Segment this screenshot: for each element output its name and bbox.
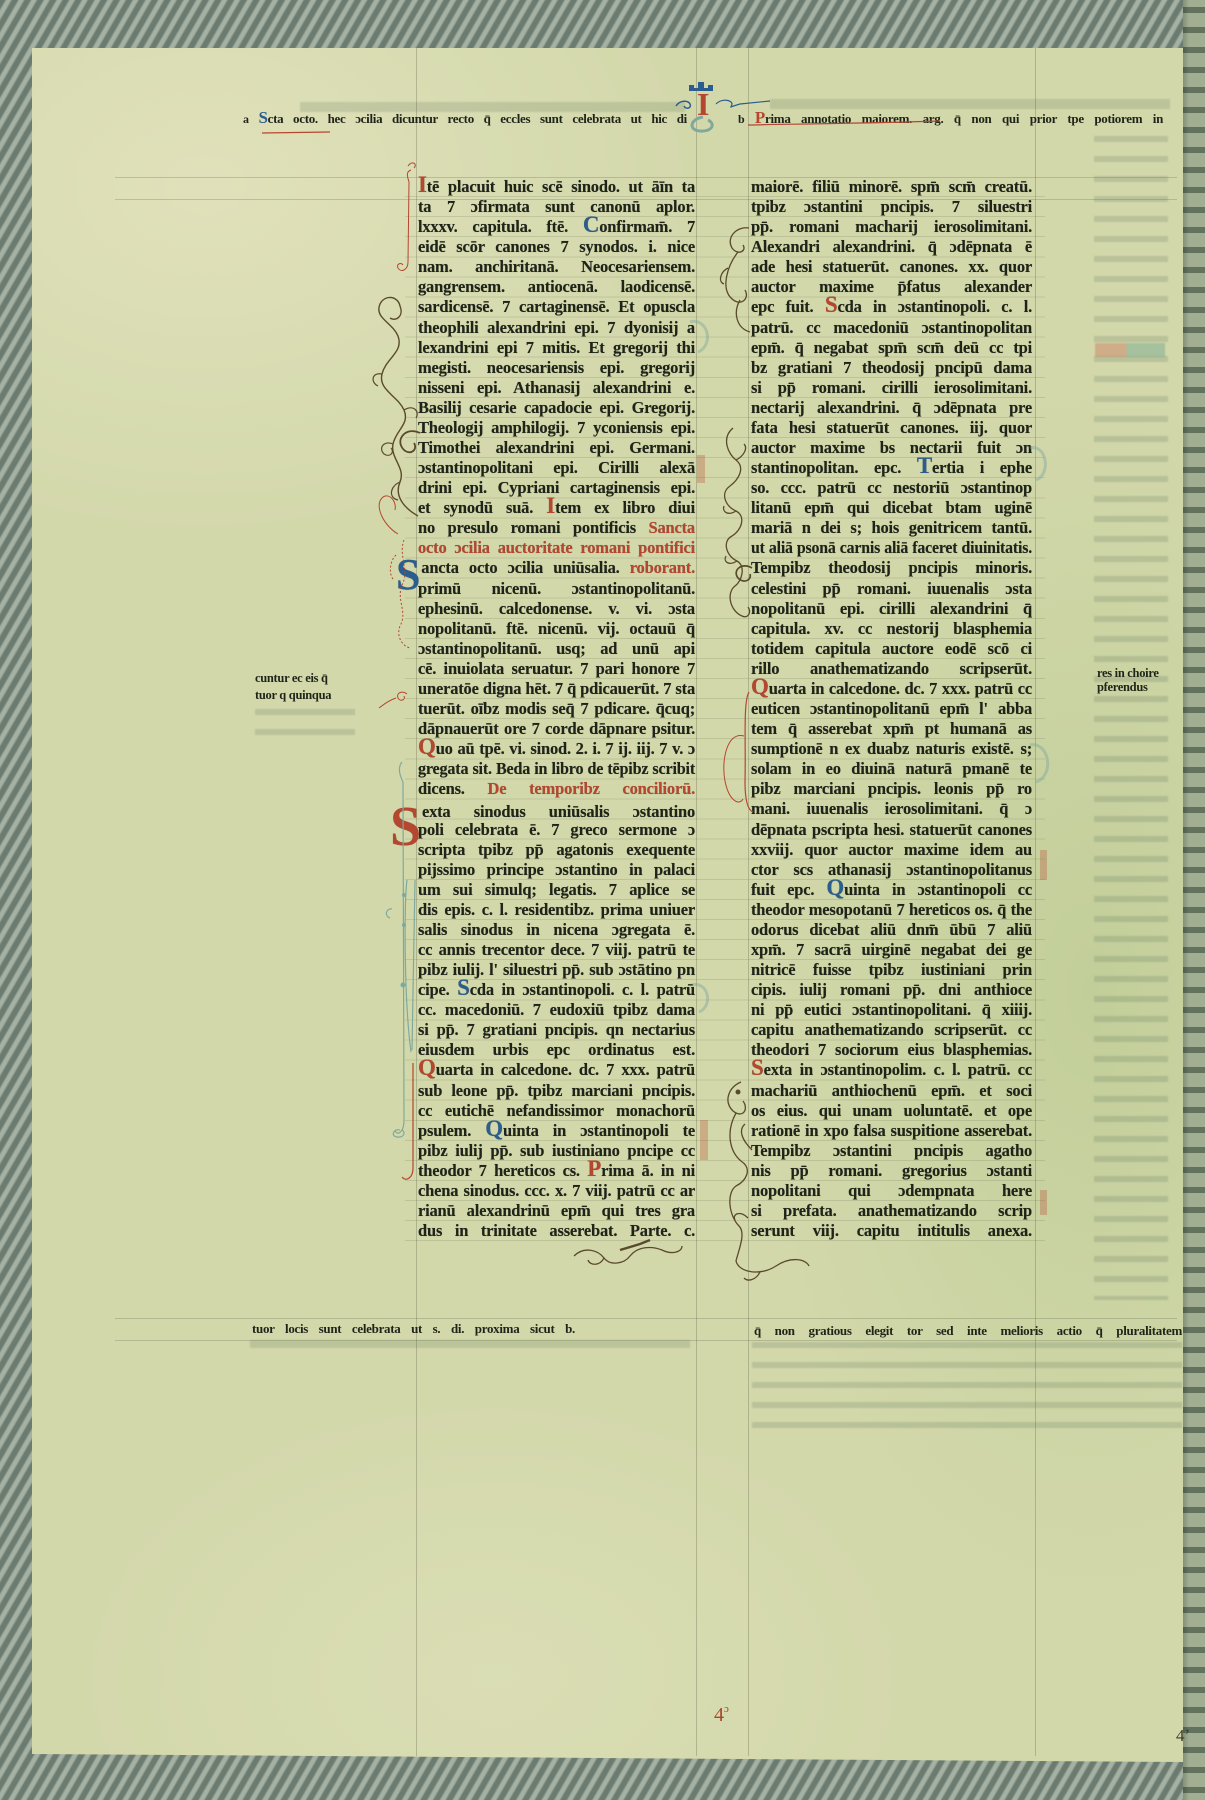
- text-line: eiusdem urbis epc ordinatus est.: [418, 1040, 695, 1060]
- text-run: totidem capitula auctore eodē scō ci: [751, 639, 1032, 658]
- text-run: xxviij. quor auctor maxime idem au: [751, 840, 1032, 859]
- text-run: ertia i ephe: [932, 458, 1032, 477]
- text-line: Timothei alexandrini epi. Germani.: [418, 438, 695, 458]
- text-run: primū nicenū. ɔstantinopolitanū.: [418, 579, 695, 598]
- text-line: capitula. xv. cc nestorij blasphemia: [751, 619, 1032, 639]
- text-line: euticen ɔstantinopolitanū epm̄ l' abba: [751, 699, 1032, 719]
- text-line: serunt viij. capitu intitulis anexa.: [751, 1221, 1032, 1241]
- text-run: chena sinodus. ccc. x. 7 viij. patrū cc …: [418, 1181, 695, 1200]
- text-run: epm̄. q̄ negabat spm̄ scm̄ deū cc tpi: [751, 338, 1032, 357]
- text-line: patrū. cc macedoniū ɔstantinopolitan: [751, 318, 1032, 338]
- text-line: dicens. De temporibz conciliorū.: [418, 779, 695, 799]
- text-line: drini epi. Cypriani cartaginensis epi.: [418, 478, 695, 498]
- text-run: dēpnata pscripta hesi. statuerūt canones: [751, 820, 1032, 839]
- text-run: onfirmam̄. 7: [599, 217, 695, 236]
- text-line: capitu anathematizando scripserūt. cc: [751, 1020, 1032, 1040]
- text-run: ni pp̄ eutici ɔstantinopolitani. q̄ xiii…: [751, 1000, 1032, 1019]
- text-line: megisti. neocesariensis epi. gregorij: [418, 358, 695, 378]
- text-line: litanū epm̄ qui dicebat btam uginē: [751, 498, 1032, 518]
- footer-gloss-left: tuor locis sunt celebrata ut s. di. prox…: [252, 1321, 575, 1337]
- text-run: no presulo romani pontificis: [418, 518, 649, 537]
- text-line: pp̄. romani macharij ierosolimitani.: [751, 217, 1032, 237]
- text-line: auctor maxime bs nectarii fuit ɔn: [751, 438, 1032, 458]
- text-run: lexandrini epi 7 mitis. Et gregorij thi: [418, 338, 695, 357]
- text-run: theodor mesopotanū 7 hereticos os. q̄ th…: [751, 900, 1032, 919]
- text-line: Alexandri alexandrini. q̄ ɔdēpnata ē: [751, 237, 1032, 257]
- text-run: maiorē. filiū minorē. spm̄ scm̄ creatū.: [751, 177, 1032, 196]
- show-through-text: [1094, 130, 1168, 1300]
- show-through-text: [752, 1336, 1182, 1436]
- text-run: cda in ɔstantinopoli. c. l.: [837, 297, 1032, 316]
- gloss-line: tuor q quinqua: [255, 687, 331, 704]
- marginal-gloss-right: res in choire pferendus: [1097, 666, 1159, 694]
- text-line: Tempibz ɔstantini pncipis agatho: [751, 1141, 1032, 1161]
- text-run: Tempibz theodosij pncipis minoris.: [751, 558, 1032, 577]
- text-line: xpm̄. 7 sacrā uirginē negabat dei ge: [751, 940, 1032, 960]
- text-run: serunt viij. capitu intitulis anexa.: [751, 1221, 1032, 1240]
- text-line: solam in eo diuinā naturā pmanē te: [751, 759, 1032, 779]
- text-line: theophili alexandrini epi. 7 dyonisij a: [418, 318, 695, 338]
- text-run: uarta in calcedone. dc. 7 xxx. patrū cc: [769, 679, 1032, 698]
- text-line: cc eutichē nefandissimor monachorū: [418, 1101, 695, 1121]
- text-run: exta in ɔstantinopolim. c. l. patrū. cc: [764, 1060, 1032, 1079]
- text-run: cc. macedoniū. 7 eudoxiū tpibz dama: [418, 1000, 695, 1019]
- text-line: cipis. iulij romani pp̄. dni anthioce: [751, 980, 1032, 1000]
- text-run: sumptionē n ex duabz naturis existē. s;: [751, 739, 1032, 758]
- text-line: pibz marciani pncipis. leonis pp̄ ro: [751, 779, 1032, 799]
- adjacent-leaf-gutter: [1183, 0, 1205, 1800]
- text-run: sardicensē. 7 cartaginensē. Et opuscla: [418, 297, 695, 316]
- text-line: cc. macedoniū. 7 eudoxiū tpibz dama: [418, 1000, 695, 1020]
- text-run: cda in ɔstantinopoli. c. l. patrū: [470, 980, 695, 999]
- text-line: odorus dicebat aliū dnm̄ ūbū 7 aliū: [751, 920, 1032, 940]
- text-line: rianū alexandrinū epm̄ qui tres gra: [418, 1201, 695, 1221]
- text-run: Tempibz ɔstantini pncipis agatho: [751, 1141, 1032, 1160]
- text-run: uinta in ɔstantinopoli te: [503, 1121, 695, 1140]
- text-run: psulem.: [418, 1121, 485, 1140]
- text-run: tem ex libro diui: [555, 498, 695, 517]
- text-run: theophili alexandrini epi. 7 dyonisij a: [418, 318, 695, 337]
- text-run: fata hesi statuerūt canones. iij. quor: [751, 418, 1032, 437]
- text-line: tuerūt. oībz modis seq̄ 7 pdicare. q̄cuq…: [418, 699, 695, 719]
- text-run: tuerūt. oībz modis seq̄ 7 pdicare. q̄cuq…: [418, 699, 695, 718]
- text-run: sub leone pp̄. tpibz marciani pncipis.: [418, 1081, 695, 1100]
- text-run: tem q̄ asserebat xpm̄ pt humanā as: [751, 719, 1032, 738]
- text-run: odorus dicebat aliū dnm̄ ūbū 7 aliū: [751, 920, 1032, 939]
- page-number: 4ɔ: [714, 1698, 729, 1726]
- text-line: nopolitani qui ɔdempnata here: [751, 1181, 1032, 1201]
- text-line: um sui simulq; legatis. 7 aplice se: [418, 880, 695, 900]
- text-run: auctor maxime p̄fatus alexander: [751, 277, 1032, 296]
- text-line: poli celebrata ē. 7 greco sermone ɔ: [418, 820, 695, 840]
- text-run: dus in trinitate asserebat. Parte. c.: [418, 1221, 695, 1240]
- text-run: nam. anchiritanā. Neocesariensem.: [418, 257, 695, 276]
- gloss-line: pferendus: [1097, 680, 1159, 694]
- text-run: bz gratiani 7 theodosij pncipū dama: [751, 358, 1032, 377]
- text-line: celestini pp̄ romani. iuuenalis ɔsta: [751, 579, 1032, 599]
- text-line: epm̄. q̄ negabat spm̄ scm̄ deū cc tpi: [751, 338, 1032, 358]
- text-line: lxxxv. capitula. ftē. Confirmam̄. 7: [418, 217, 695, 237]
- text-run: patrū. cc macedoniū ɔstantinopolitan: [751, 318, 1032, 337]
- text-line: octo ɔcilia auctoritate romani pontifici: [418, 538, 695, 558]
- text-run: si pp̄ romani. cirilli ierosolimitani.: [751, 378, 1032, 397]
- text-line: theodor 7 hereticos cs. Prima ā. in ni: [418, 1161, 695, 1181]
- text-run: os eius. qui unam uoluntatē. et ope: [751, 1101, 1032, 1120]
- text-column-left: Itē placuit huic scē sinodo. ut āīn tata…: [418, 177, 695, 1241]
- text-run: gregata sit. Beda in libro de tēpibz scr…: [418, 759, 695, 778]
- text-line: ta 7 ɔfirmata sunt canonū aplor.: [418, 197, 695, 217]
- running-header-left: a Scta octo. hec ɔcilia dicuntur recto q…: [243, 110, 687, 126]
- text-line: machariū anthiochenū epm̄. et soci: [751, 1081, 1032, 1101]
- text-run: xpm̄. 7 sacrā uirginē negabat dei ge: [751, 940, 1032, 959]
- text-line: nopolitanū epi. cirilli alexandrini q̄: [751, 599, 1032, 619]
- text-line: ade hesi statuerūt. canones. xx. quor: [751, 257, 1032, 277]
- gloss-line: cuntur ec eis q̄: [255, 670, 331, 687]
- header-text: cta octo. hec ɔcilia dicuntur recto q̄ e…: [268, 111, 687, 126]
- text-line: os eius. qui unam uoluntatē. et ope: [751, 1101, 1032, 1121]
- text-run: so. ccc. patrū cc nestoriū ɔstantinop: [751, 478, 1032, 497]
- text-line: fuit epc. Quinta in ɔstantinopoli cc: [751, 880, 1032, 900]
- text-line: xxviij. quor auctor maxime idem au: [751, 840, 1032, 860]
- text-run: dis epis. c. l. residentibz. prima uniue…: [418, 900, 695, 919]
- text-run: epc fuit.: [751, 297, 825, 316]
- text-line: bz gratiani 7 theodosij pncipū dama: [751, 358, 1032, 378]
- text-line: theodori 7 sociorum eius blasphemias.: [751, 1040, 1032, 1060]
- text-run: uneratōe digna hēt. 7 q̄ pdicauerūt. 7 s…: [418, 679, 695, 698]
- text-run: nopolitani qui ɔdempnata here: [751, 1181, 1032, 1200]
- text-line: nectarij alexandrini. q̄ ɔdēpnata pre: [751, 398, 1032, 418]
- text-line: gregata sit. Beda in libro de tēpibz scr…: [418, 759, 695, 779]
- text-run: Alexandri alexandrini. q̄ ɔdēpnata ē: [751, 237, 1032, 256]
- text-line: Quo aū tpē. vi. sinod. 2. i. 7 ij. iij. …: [418, 739, 695, 759]
- text-run: fuit epc.: [751, 880, 826, 899]
- text-run: uo aū tpē. vi. sinod. 2. i. 7 ij. iij. 7…: [436, 739, 695, 758]
- show-through-rubric: [1095, 343, 1165, 357]
- text-run: uarta in calcedone. dc. 7 xxx. patrū: [436, 1060, 695, 1079]
- text-line: sumptionē n ex duabz naturis existē. s;: [751, 739, 1032, 759]
- text-line: cē. inuiolata seruatur. 7 pari honore 7: [418, 659, 695, 679]
- text-line: sardicensē. 7 cartaginensē. Et opuscla: [418, 297, 695, 317]
- text-run: capitu anathematizando scripserūt. cc: [751, 1020, 1032, 1039]
- decorated-initial: P: [755, 108, 765, 127]
- text-line: mani. iuuenalis ierosolimitani. q̄ ɔ: [751, 799, 1032, 819]
- text-run: nisseni epi. Athanasij alexandrini e.: [418, 378, 695, 397]
- text-line: nopolitanū. ftē. nicenū. vij. octauū q̄: [418, 619, 695, 639]
- text-line: dis epis. c. l. residentibz. prima uniue…: [418, 900, 695, 920]
- text-line: tem q̄ asserebat xpm̄ pt humanā as: [751, 719, 1032, 739]
- text-run: ɔstantinopolitanū. usq; ad unū api: [418, 639, 695, 658]
- text-run: rillo anathematizando scripserūt.: [751, 659, 1032, 678]
- show-through-text: [250, 1340, 690, 1348]
- text-line: salis sinodus in nicena ɔgregata ē.: [418, 920, 695, 940]
- text-run: ctor scs athanasij ɔstantinopolitanus: [751, 860, 1032, 879]
- text-line: ni pp̄ eutici ɔstantinopolitani. q̄ xiii…: [751, 1000, 1032, 1020]
- text-line: et synodū suā. Item ex libro diui: [418, 498, 695, 518]
- text-run: pijssimo principe ɔstantino in palaci: [418, 860, 695, 879]
- text-line: Theologij amphilogij. 7 yconiensis epi.: [418, 418, 695, 438]
- decorated-initial: S: [258, 108, 267, 127]
- text-run: si prefata. anathematizando scrip: [751, 1201, 1032, 1220]
- marginal-gloss-left: cuntur ec eis q̄ tuor q quinqua: [255, 670, 331, 704]
- page-number-digit: 4: [714, 1704, 724, 1726]
- text-line: dēpnata pscripta hesi. statuerūt canones: [751, 820, 1032, 840]
- text-line: pibz iulij pp̄. sub iustiniano pncipe cc: [418, 1141, 695, 1161]
- text-run: et synodū suā.: [418, 498, 546, 517]
- text-run: pp̄. romani macharij ierosolimitani.: [751, 217, 1032, 236]
- text-line: nis pp̄ romani. gregorius ɔstanti: [751, 1161, 1032, 1181]
- text-line: ephesinū. calcedonense. v. vi. ɔsta: [418, 599, 695, 619]
- text-line: scripta tpibz pp̄ agatonis exequente: [418, 840, 695, 860]
- footer-gloss-right: q̄ non gratious elegit tor sed inte meli…: [754, 1323, 1182, 1339]
- text-run: theodori 7 sociorum eius blasphemias.: [751, 1040, 1032, 1059]
- text-line: stantinopolitan. epc. Tertia i ephe: [751, 458, 1032, 478]
- text-line: dāpnauerūt ore 7 corde dāpnare psitur.: [418, 719, 695, 739]
- text-line: ut aliā psonā carnis aliā faceret diuini…: [751, 538, 1032, 558]
- rubric-text: Sancta: [649, 518, 695, 537]
- text-run: cc annis trecentor dece. 7 viij. patrū t…: [418, 940, 695, 959]
- text-line: so. ccc. patrū cc nestoriū ɔstantinop: [751, 478, 1032, 498]
- text-line: rationē in xpo falsa suspitione assereba…: [751, 1121, 1032, 1141]
- text-run: nopolitanū epi. cirilli alexandrini q̄: [751, 599, 1032, 618]
- text-run: cē. inuiolata seruatur. 7 pari honore 7: [418, 659, 695, 678]
- text-run: scripta tpibz pp̄ agatonis exequente: [418, 840, 695, 859]
- foliation-mark: 4ʼ: [1176, 1726, 1190, 1746]
- text-run: ɔstantinopolitani epi. Cirilli alexā: [418, 458, 695, 477]
- text-line: mariā n dei s; hois genitricem tantū.: [751, 518, 1032, 538]
- text-run: ephesinū. calcedonense. v. vi. ɔsta: [418, 599, 695, 618]
- text-run: mani. iuuenalis ierosolimitani. q̄ ɔ: [751, 799, 1032, 818]
- text-line: si pp̄ romani. cirilli ierosolimitani.: [751, 378, 1032, 398]
- text-run: auctor maxime bs nectarii fuit ɔn: [751, 438, 1032, 457]
- text-run: um sui simulq; legatis. 7 aplice se: [418, 880, 695, 899]
- text-run: si pp̄. 7 gratiani pncipis. qn nectarius: [418, 1020, 695, 1039]
- gloss-line: res in choire: [1097, 666, 1159, 680]
- text-run: stantinopolitan. epc.: [751, 458, 917, 477]
- text-line: dus in trinitate asserebat. Parte. c.: [418, 1221, 695, 1241]
- text-line: cipe. Scda in ɔstantinopoli. c. l. patrū: [418, 980, 695, 1000]
- text-line: no presulo romani pontificis Sancta: [418, 518, 695, 538]
- text-run: ade hesi statuerūt. canones. xx. quor: [751, 257, 1032, 276]
- text-run: ut aliā psonā carnis aliā faceret diuini…: [751, 538, 1032, 557]
- text-line: ɔstantinopolitani epi. Cirilli alexā: [418, 458, 695, 478]
- text-run: poli celebrata ē. 7 greco sermone ɔ: [418, 820, 695, 839]
- rubric-text: De temporibz conciliorū.: [488, 779, 696, 798]
- text-run: eiusdem urbis epc ordinatus est.: [418, 1040, 695, 1059]
- rubric-text: octo ɔcilia auctoritate romani pontifici: [418, 538, 695, 557]
- text-run: capitula. xv. cc nestorij blasphemia: [751, 619, 1032, 638]
- text-line: uneratōe digna hēt. 7 q̄ pdicauerūt. 7 s…: [418, 679, 695, 699]
- text-run: ta 7 ɔfirmata sunt canonū aplor.: [418, 197, 695, 216]
- text-line: si pp̄. 7 gratiani pncipis. qn nectarius: [418, 1020, 695, 1040]
- text-run: nitricē fuisse tpibz iustiniani prin: [751, 960, 1032, 979]
- text-line: pijssimo principe ɔstantino in palaci: [418, 860, 695, 880]
- text-run: pibz iulij pp̄. sub iustiniano pncipe cc: [418, 1141, 695, 1160]
- text-line: nitricē fuisse tpibz iustiniani prin: [751, 960, 1032, 980]
- text-line: Quarta in calcedone. dc. 7 xxx. patrū: [418, 1060, 695, 1080]
- text-line: ɔstantinopolitanū. usq; ad unū api: [418, 639, 695, 659]
- text-run: rationē in xpo falsa suspitione assereba…: [751, 1121, 1032, 1140]
- text-run: Basilij cesarie capadocie epi. Gregorij.: [418, 398, 695, 417]
- text-column-right: maiorē. filiū minorē. spm̄ scm̄ creatū.t…: [751, 177, 1032, 1241]
- text-line: chena sinodus. ccc. x. 7 viij. patrū cc …: [418, 1181, 695, 1201]
- text-run: nis pp̄ romani. gregorius ɔstanti: [751, 1161, 1032, 1180]
- text-line: si prefata. anathematizando scrip: [751, 1201, 1032, 1221]
- text-line: tpibz ɔstantini pncipis. 7 siluestri: [751, 197, 1032, 217]
- ruling-line: [115, 1318, 1177, 1319]
- text-line: Basilij cesarie capadocie epi. Gregorij.: [418, 398, 695, 418]
- text-run: tē placuit huic scē sinodo. ut āīn ta: [427, 177, 695, 196]
- text-line: eidē scōr canones 7 synodos. i. nice: [418, 237, 695, 257]
- text-run: cipe.: [418, 980, 457, 999]
- text-line: Sancta octo ɔcilia uniūsalia. roborant.: [418, 558, 695, 578]
- text-run: litanū epm̄ qui dicebat btam uginē: [751, 498, 1032, 517]
- text-line: Itē placuit huic scē sinodo. ut āīn ta: [418, 177, 695, 197]
- text-run: dāpnauerūt ore 7 corde dāpnare psitur.: [418, 719, 695, 738]
- text-run: tpibz ɔstantini pncipis. 7 siluestri: [751, 197, 1032, 216]
- text-run: Theologij amphilogij. 7 yconiensis epi.: [418, 418, 695, 437]
- page-number-mark: ɔ: [724, 1703, 729, 1715]
- text-run: theodor 7 hereticos cs.: [418, 1161, 587, 1180]
- text-run: cc eutichē nefandissimor monachorū: [418, 1101, 695, 1120]
- text-run: salis sinodus in nicena ɔgregata ē.: [418, 920, 695, 939]
- text-run: lxxxv. capitula. ftē.: [418, 217, 583, 236]
- text-run: rima ā. in ni: [601, 1161, 695, 1180]
- text-run: drini epi. Cypriani cartaginensis epi.: [418, 478, 695, 497]
- text-run: cipis. iulij romani pp̄. dni anthioce: [751, 980, 1032, 999]
- running-header-right: b Prima annotatio maiorem. arg. q̄ non q…: [738, 110, 1163, 126]
- text-run: dicens.: [418, 779, 488, 798]
- rubric-text: roborant.: [630, 558, 695, 577]
- crowned-initial: I: [697, 88, 709, 120]
- text-line: lexandrini epi 7 mitis. Et gregorij thi: [418, 338, 695, 358]
- text-run: uinta in ɔstantinopoli cc: [844, 880, 1032, 899]
- text-line: theodor mesopotanū 7 hereticos os. q̄ th…: [751, 900, 1032, 920]
- text-run: nectarij alexandrini. q̄ ɔdēpnata pre: [751, 398, 1032, 417]
- text-run: pibz marciani pncipis. leonis pp̄ ro: [751, 779, 1032, 798]
- text-line: nisseni epi. Athanasij alexandrini e.: [418, 378, 695, 398]
- text-line: sub leone pp̄. tpibz marciani pncipis.: [418, 1081, 695, 1101]
- header-text: rima annotatio maiorem. arg. q̄ non qui …: [765, 111, 1163, 126]
- text-run: celestini pp̄ romani. iuuenalis ɔsta: [751, 579, 1032, 598]
- gloss-marker: a: [243, 112, 249, 126]
- text-run: solam in eo diuinā naturā pmanē te: [751, 759, 1032, 778]
- text-run: gangrensem. antiocenā. laodicensē.: [418, 277, 695, 296]
- text-run: Timothei alexandrini epi. Germani.: [418, 438, 695, 457]
- text-line: maiorē. filiū minorē. spm̄ scm̄ creatū.: [751, 177, 1032, 197]
- text-line: Sexta sinodus uniūsalis ɔstantino: [418, 799, 695, 819]
- text-run: machariū anthiochenū epm̄. et soci: [751, 1081, 1032, 1100]
- text-run: rianū alexandrinū epm̄ qui tres gra: [418, 1201, 695, 1220]
- text-line: primū nicenū. ɔstantinopolitanū.: [418, 579, 695, 599]
- text-line: Sexta in ɔstantinopolim. c. l. patrū. cc: [751, 1060, 1032, 1080]
- text-line: Quarta in calcedone. dc. 7 xxx. patrū cc: [751, 679, 1032, 699]
- text-run: megisti. neocesariensis epi. gregorij: [418, 358, 695, 377]
- text-line: epc fuit. Scda in ɔstantinopoli. c. l.: [751, 297, 1032, 317]
- text-line: auctor maxime p̄fatus alexander: [751, 277, 1032, 297]
- text-line: Tempibz theodosij pncipis minoris.: [751, 558, 1032, 578]
- text-line: ctor scs athanasij ɔstantinopolitanus: [751, 860, 1032, 880]
- text-run: eidē scōr canones 7 synodos. i. nice: [418, 237, 695, 256]
- show-through-text: [255, 703, 355, 737]
- text-line: fata hesi statuerūt canones. iij. quor: [751, 418, 1032, 438]
- text-run: nopolitanū. ftē. nicenū. vij. octauū q̄: [418, 619, 695, 638]
- text-line: gangrensem. antiocenā. laodicensē.: [418, 277, 695, 297]
- text-line: nam. anchiritanā. Neocesariensem.: [418, 257, 695, 277]
- text-line: rillo anathematizando scripserūt.: [751, 659, 1032, 679]
- show-through-text: [770, 99, 1170, 109]
- text-run: euticen ɔstantinopolitanū epm̄ l' abba: [751, 699, 1032, 718]
- text-line: cc annis trecentor dece. 7 viij. patrū t…: [418, 940, 695, 960]
- text-run: ancta octo ɔcilia uniūsalia.: [421, 558, 629, 577]
- text-line: psulem. Quinta in ɔstantinopoli te: [418, 1121, 695, 1141]
- text-line: totidem capitula auctore eodē scō ci: [751, 639, 1032, 659]
- text-run: mariā n dei s; hois genitricem tantū.: [751, 518, 1032, 537]
- gloss-marker: b: [738, 112, 744, 126]
